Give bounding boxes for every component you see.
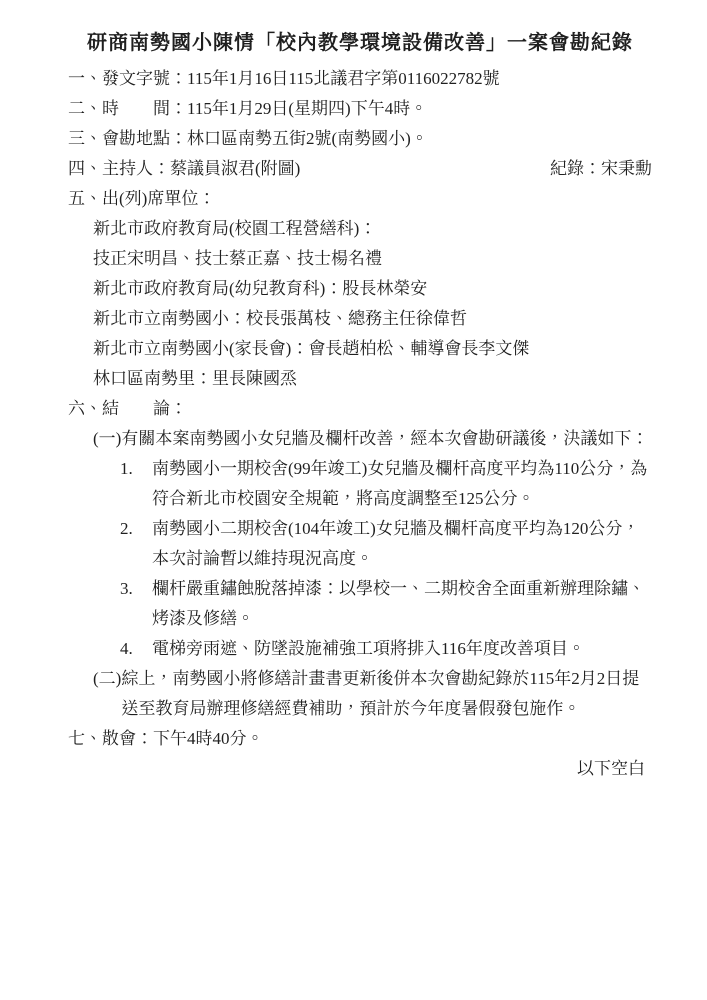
attendees-heading: 五、出(列)席單位： — [68, 184, 652, 214]
attendee-line: 技正宋明昌、技士蔡正嘉、技士楊名禮 — [68, 244, 652, 274]
attendee-line: 新北市立南勢國小：校長張萬枝、總務主任徐偉哲 — [68, 304, 652, 334]
conclusion-item-1: (一) 有關本案南勢國小女兒牆及欄杆改善，經本次會勘研議後，決議如下： — [68, 424, 652, 454]
conclusion-item-1-label: (一) — [93, 424, 121, 454]
attendee-line: 新北市立南勢國小(家長會)：會長趙柏松、輔導會長李文傑 — [68, 334, 652, 364]
decision-item-4-number: 4. — [120, 634, 152, 664]
chair-recorder-line: 四、主持人：蔡議員淑君(附圖) 紀錄：宋秉勳 — [68, 154, 652, 184]
decision-item-4: 4. 電梯旁雨遮、防墜設施補強工項將排入116年度改善項目。 — [68, 634, 652, 664]
decision-item-1-number: 1. — [120, 454, 152, 484]
conclusion-item-2-label: (二) — [93, 664, 121, 694]
conclusion-item-1-text: 有關本案南勢國小女兒牆及欄杆改善，經本次會勘研議後，決議如下： — [121, 424, 648, 454]
conclusion-item-2-text: 綜上，南勢國小將修繕計畫書更新後併本次會勘紀錄於115年2月2日提送至教育局辦理… — [121, 664, 651, 724]
decision-item-2-number: 2. — [120, 514, 152, 544]
attendee-line: 新北市政府教育局(校園工程營繕科)： — [68, 214, 652, 244]
conclusion-heading: 六、結 論： — [68, 394, 652, 424]
adjourn-line: 七、散會：下午4時40分。 — [68, 724, 652, 754]
decision-item-2-text: 南勢國小二期校舍(104年竣工)女兒牆及欄杆高度平均為120公分，本次討論暫以維… — [152, 514, 649, 574]
document-title: 研商南勢國小陳情「校內教學環境設備改善」一案會勘紀錄 — [68, 28, 652, 58]
meeting-location-line: 三、會勘地點：林口區南勢五街2號(南勢國小)。 — [68, 124, 652, 154]
recorder-text: 紀錄：宋秉勳 — [550, 154, 652, 184]
meeting-time-line: 二、時 間：115年1月29日(星期四)下午4時。 — [68, 94, 652, 124]
decision-item-3-number: 3. — [120, 574, 152, 604]
chair-text: 四、主持人：蔡議員淑君(附圖) — [68, 154, 300, 184]
attendee-line: 新北市政府教育局(幼兒教育科)：股長林榮安 — [68, 274, 652, 304]
conclusion-item-2: (二) 綜上，南勢國小將修繕計畫書更新後併本次會勘紀錄於115年2月2日提送至教… — [68, 664, 652, 724]
decision-item-2: 2. 南勢國小二期校舍(104年竣工)女兒牆及欄杆高度平均為120公分，本次討論… — [68, 514, 652, 574]
attendee-line: 林口區南勢里：里長陳國烝 — [68, 364, 652, 394]
decision-item-1: 1. 南勢國小一期校舍(99年竣工)女兒牆及欄杆高度平均為110公分，為符合新北… — [68, 454, 652, 514]
decision-item-1-text: 南勢國小一期校舍(99年竣工)女兒牆及欄杆高度平均為110公分，為符合新北市校園… — [152, 454, 649, 514]
decision-item-4-text: 電梯旁雨遮、防墜設施補強工項將排入116年度改善項目。 — [152, 634, 585, 664]
dispatch-number-line: 一、發文字號：115年1月16日115北議君字第0116022782號 — [68, 64, 652, 94]
end-of-document-note: 以下空白 — [68, 754, 652, 784]
decision-item-3-text: 欄杆嚴重鏽蝕脫落掉漆：以學校一、二期校舍全面重新辦理除鏽、烤漆及修繕。 — [152, 574, 649, 634]
meeting-record-page: 研商南勢國小陳情「校內教學環境設備改善」一案會勘紀錄 一、發文字號：115年1月… — [0, 0, 707, 1000]
decision-item-3: 3. 欄杆嚴重鏽蝕脫落掉漆：以學校一、二期校舍全面重新辦理除鏽、烤漆及修繕。 — [68, 574, 652, 634]
